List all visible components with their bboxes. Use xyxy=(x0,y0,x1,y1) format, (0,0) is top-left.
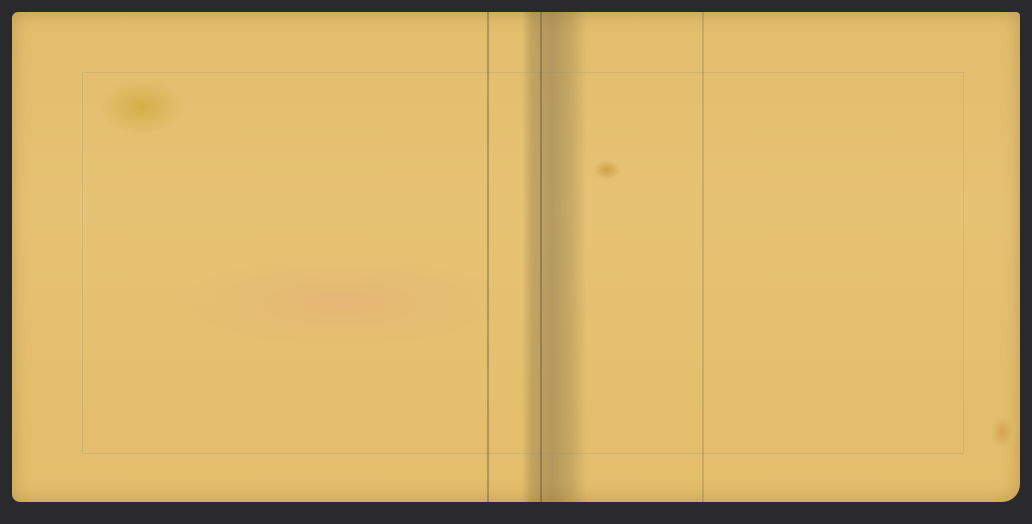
banknote xyxy=(12,12,1020,502)
crease-line xyxy=(487,12,489,502)
faded-border-frame xyxy=(82,72,964,454)
crease-line xyxy=(702,12,704,502)
center-fold-crease xyxy=(540,12,542,502)
